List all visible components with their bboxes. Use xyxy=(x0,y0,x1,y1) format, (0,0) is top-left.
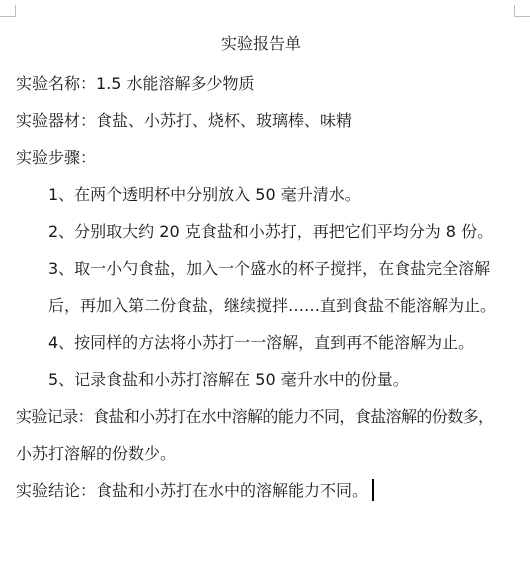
experiment-name-line: 实验名称：1.5 水能溶解多少物质 xyxy=(16,72,516,109)
document-title: 实验报告单 xyxy=(16,32,506,72)
step-2: 2、分别取大约 20 克食盐和小苏打，再把它们平均分为 8 份。 xyxy=(16,220,516,257)
materials-label: 实验器材： xyxy=(16,111,96,130)
step-1: 1、在两个透明杯中分别放入 50 毫升清水。 xyxy=(16,183,516,220)
step-4: 4、按同样的方法将小苏打一一溶解，直到再不能溶解为止。 xyxy=(16,331,516,368)
conclusion-label: 实验结论： xyxy=(16,481,96,500)
document-page[interactable]: 实验报告单 实验名称：1.5 水能溶解多少物质 实验器材：食盐、小苏打、烧杯、玻… xyxy=(16,32,516,516)
materials-value: 食盐、小苏打、烧杯、玻璃棒、味精 xyxy=(96,111,352,130)
page-corner-mark-top-right xyxy=(514,5,530,17)
conclusion-line: 实验结论：食盐和小苏打在水中的溶解能力不同。 xyxy=(16,479,516,516)
page-corner-mark-top-left xyxy=(0,5,16,17)
materials-line: 实验器材：食盐、小苏打、烧杯、玻璃棒、味精 xyxy=(16,109,516,146)
record-line-2: 小苏打溶解的份数少。 xyxy=(16,442,516,479)
step-5: 5、记录食盐和小苏打溶解在 50 毫升水中的份量。 xyxy=(16,368,516,405)
step-3-continued: 后，再加入第二份食盐，继续搅拌……直到食盐不能溶解为止。 xyxy=(16,294,516,331)
steps-heading: 实验步骤： xyxy=(16,146,516,183)
text-cursor xyxy=(372,479,374,501)
experiment-name-label: 实验名称： xyxy=(16,74,96,93)
experiment-name-value: 1.5 水能溶解多少物质 xyxy=(96,74,255,93)
conclusion-value: 食盐和小苏打在水中的溶解能力不同。 xyxy=(96,481,368,500)
step-3: 3、取一小勺食盐，加入一个盛水的杯子搅拌，在食盐完全溶解 xyxy=(16,257,516,294)
record-line-1: 实验记录：食盐和小苏打在水中溶解的能力不同，食盐溶解的份数多， xyxy=(16,405,516,442)
